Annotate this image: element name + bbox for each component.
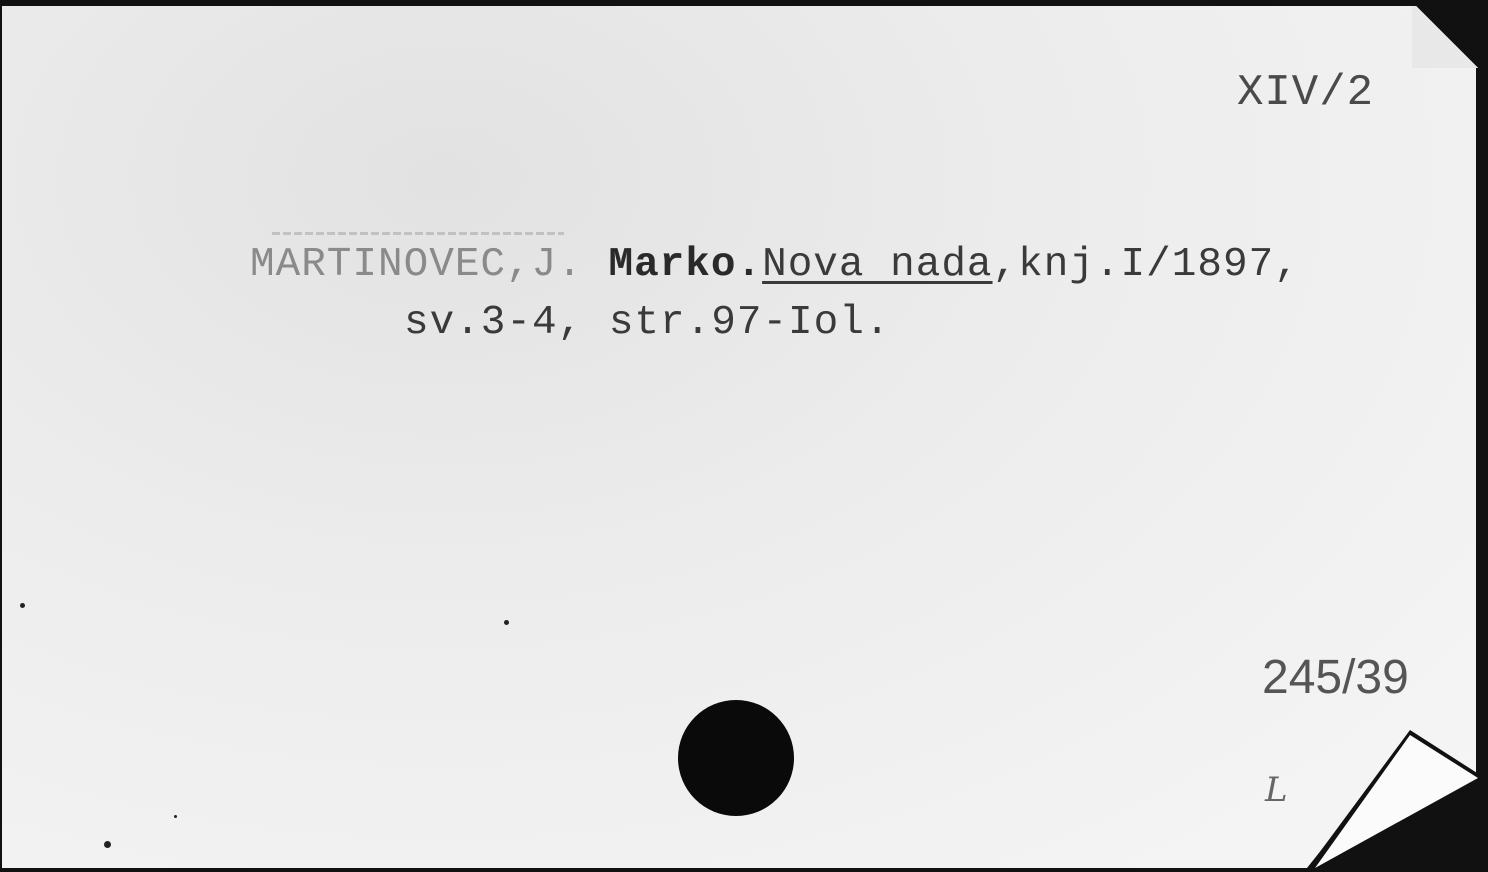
work-title: Marko. xyxy=(608,242,762,288)
faint-strikeout-marks xyxy=(272,232,564,235)
entry-line-2: sv.3-4, str.97-Iol. xyxy=(404,300,890,346)
folded-corner-top-right xyxy=(1412,6,1482,68)
author-name: MARTINOVEC,J. xyxy=(250,242,583,288)
speck xyxy=(174,815,177,818)
entry-line-1: MARTINOVEC,J. Marko.Nova nada,knj.I/1897… xyxy=(250,242,1300,288)
volume-info: ,knj.I/1897, xyxy=(993,242,1300,288)
punch-hole-icon xyxy=(678,700,794,816)
handwritten-mark: L xyxy=(1265,770,1288,810)
speck xyxy=(504,620,509,625)
periodical-title: Nova nada xyxy=(762,242,992,288)
speck xyxy=(104,841,111,848)
classification-mark: XIV/2 xyxy=(1237,68,1374,118)
inventory-number: 245/39 xyxy=(1262,650,1409,705)
speck xyxy=(20,603,25,608)
